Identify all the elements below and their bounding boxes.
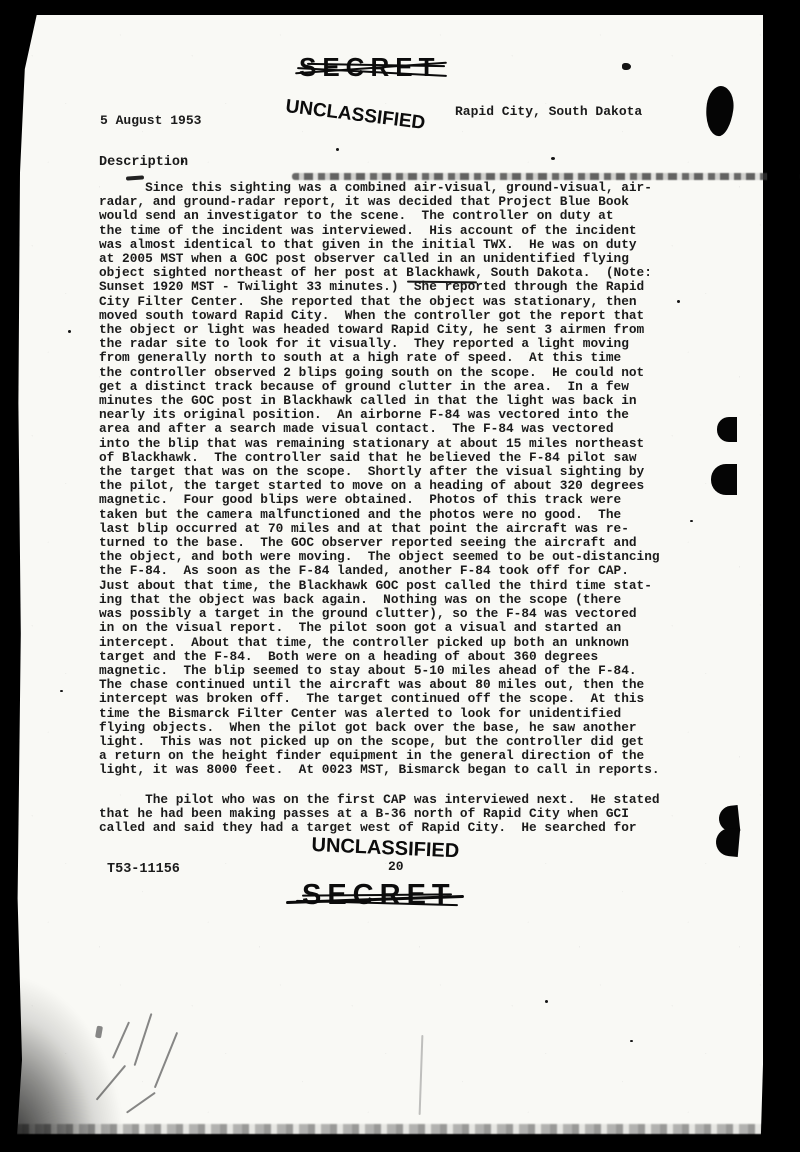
scan-speck: [545, 1000, 548, 1003]
scan-speck: [622, 63, 631, 70]
smudge-streak: [292, 173, 800, 180]
page-number: 20: [388, 859, 404, 874]
scan-speck: [60, 690, 63, 692]
scan-speck: [336, 148, 339, 151]
section-heading: Description: [99, 155, 188, 170]
scan-speck: [551, 157, 555, 160]
secret-stamp-top: SECRET: [299, 52, 443, 90]
scan-speck: [690, 520, 693, 522]
body-paragraph-1: Since this sighting was a combined air-v…: [99, 181, 699, 778]
binding-hole-mark: [711, 464, 737, 495]
scan-speck: [677, 300, 680, 303]
scan-speck: [630, 1040, 633, 1042]
scan-speck: [181, 160, 184, 163]
secret-stamp-bottom: SECRET: [302, 879, 452, 921]
scan-border-top: [0, 0, 800, 15]
body-paragraph-2: The pilot who was on the first CAP was i…: [99, 793, 699, 836]
document-date: 5 August 1953: [100, 113, 201, 128]
binding-hole-mark: [717, 417, 737, 442]
document-location: Rapid City, South Dakota: [455, 104, 642, 119]
scan-speck: [68, 330, 71, 333]
scan-corner-noise: [0, 930, 130, 1152]
document-number: T53-11156: [107, 862, 180, 877]
